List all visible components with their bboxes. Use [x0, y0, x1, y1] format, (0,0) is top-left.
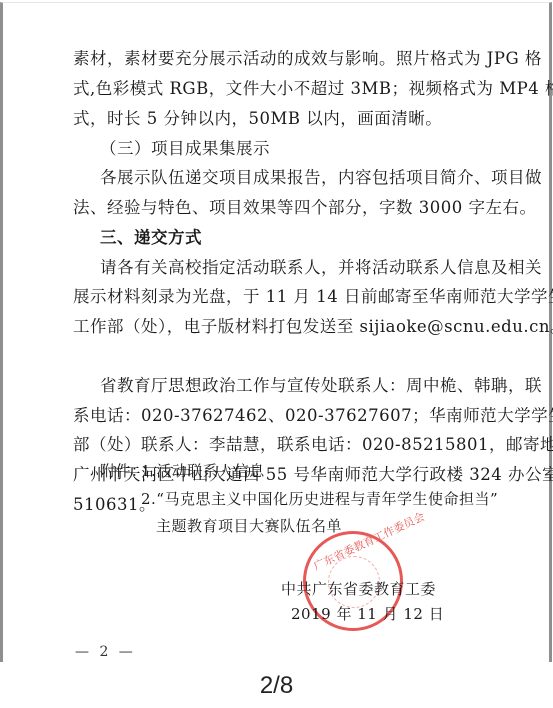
body-line: 法、经验与特色、项目效果等四个部分，字数 3000 字左右。 — [73, 198, 536, 218]
issue-date: 2019 年 11 月 12 日 — [291, 604, 444, 624]
page-indicator: 2/8 — [0, 672, 553, 700]
body-line: 工作部（处），电子版材料打包发送至 sijiaoke@scnu.edu.cn。 — [73, 317, 553, 337]
body-line: 展示材料刻录为光盘，于 11 月 14 日前邮寄至华南师范大学学生 — [73, 287, 553, 307]
body-line: 请各有关高校指定活动联系人，并将活动联系人信息及相关 — [100, 258, 542, 278]
section-heading: 三、递交方式 — [100, 228, 202, 248]
document-page: 素材，素材要充分展示活动的成效与影响。照片格式为 JPG 格 式,色彩模式 RG… — [0, 2, 552, 662]
contact-line: 系电话：020-37627462、020-37627607；华南师范大学学生工作 — [73, 406, 553, 426]
contact-line: 省教育厅思想政治工作与宣传处联系人：周中桅、韩聃，联 — [100, 376, 542, 396]
issuing-org: 中共广东省委教育工委 — [281, 579, 436, 599]
body-line: 式，时长 5 分钟以内，50MB 以内，画面清晰。 — [73, 109, 442, 129]
attachments-label: 附件： — [100, 461, 147, 481]
body-line: 式,色彩模式 RGB，文件大小不超过 3MB；视频格式为 MP4 格 — [73, 79, 553, 99]
section-subheading: （三）项目成果集展示 — [100, 139, 270, 159]
page-number: — 2 — — [75, 644, 136, 660]
contact-line: 部（处）联系人：李喆慧，联系电话：020-85215801，邮寄地址： — [73, 435, 553, 455]
attachment-item: 2.“马克思主义中国化历史进程与青年学生使命担当” — [141, 489, 498, 509]
attachment-item: 1.活动联系人信息 — [141, 461, 265, 481]
body-line: 各展示队伍递交项目成果报告，内容包括项目简介、项目做 — [100, 168, 542, 188]
body-line: 素材，素材要充分展示活动的成效与影响。照片格式为 JPG 格 — [73, 49, 542, 69]
attachment-item-cont: 主题教育项目大赛队伍名单 — [156, 516, 342, 536]
